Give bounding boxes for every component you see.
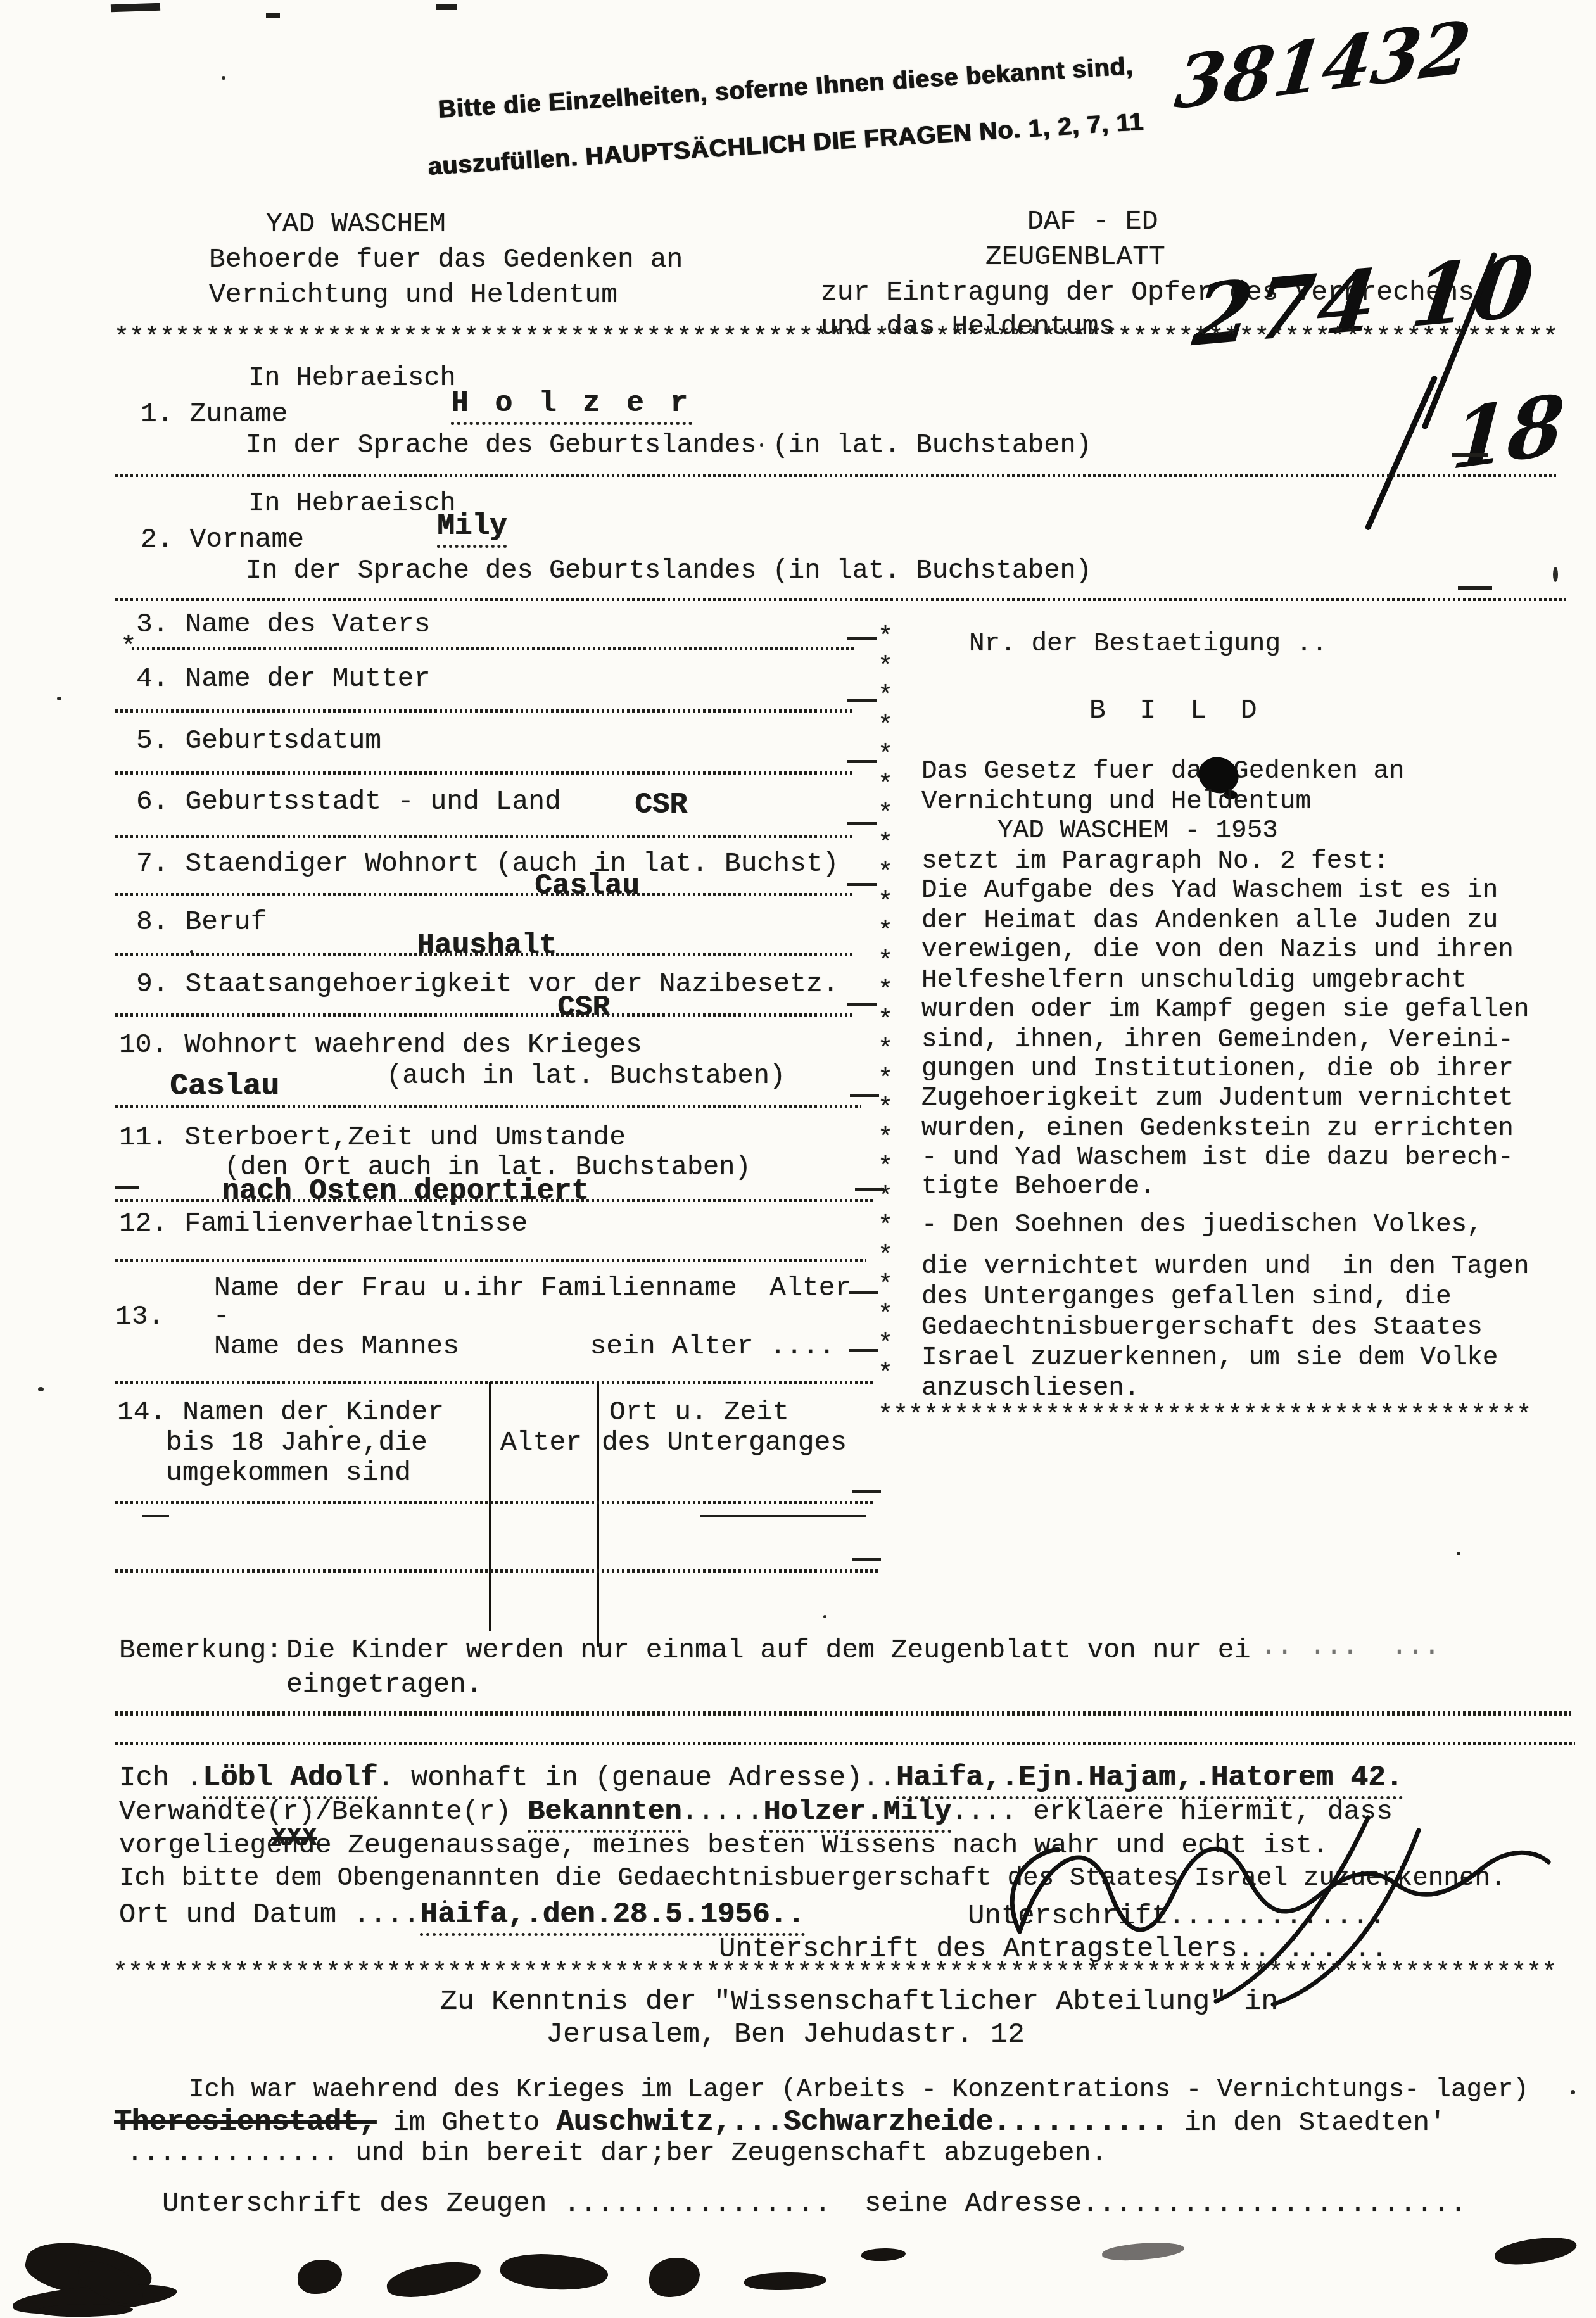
law-text-line: Das Gesetz fuer das Gedenken an <box>921 757 1405 786</box>
scan-noise <box>329 1425 333 1428</box>
field-8-label: 8. Beruf <box>136 907 267 937</box>
field-4-label: 4. Name der Mutter <box>136 664 430 693</box>
line-end-dash <box>852 1490 881 1493</box>
field-1-line <box>115 474 1556 477</box>
scan-noise <box>649 2258 700 2297</box>
scan-noise <box>760 443 763 446</box>
line-end-dash <box>850 1094 879 1097</box>
law-text-line: Gedaechtnisbuergerschaft des Staates <box>921 1314 1483 1342</box>
scan-noise <box>38 1387 44 1391</box>
camps-line-1: Ich war waehrend des Krieges im Lager (A… <box>189 2076 1529 2105</box>
field-1-label: 1. Zuname <box>141 399 288 429</box>
place-and-date: Haifa,.den.28.5.1956.. <box>420 1898 804 1936</box>
scan-noise <box>1553 567 1558 582</box>
table-header-place-2: des Unterganges <box>602 1428 847 1457</box>
line-end-dash <box>847 637 877 640</box>
line-end-dash <box>1452 453 1488 457</box>
scan-noise <box>823 1615 826 1618</box>
camps-text: im Ghetto <box>376 2107 556 2138</box>
field-13-wife-label: Name der Frau u.ihr Familienname Alter <box>214 1273 851 1303</box>
field-7-value: Caslau <box>535 870 640 902</box>
law-text-line: setzt im Paragraph No. 2 fest: <box>921 847 1389 876</box>
field-1-value: H o l z e r <box>451 388 692 425</box>
scan-noise <box>1571 2090 1575 2094</box>
field-8-value: Haushalt <box>417 930 557 962</box>
scan-noise <box>1045 222 1049 225</box>
remark-line2: eingetragen. <box>286 1669 483 1699</box>
law-text-line: tigte Behoerde. <box>921 1173 1155 1201</box>
field-7-line <box>115 893 855 896</box>
scan-noise <box>384 2258 483 2301</box>
scan-noise <box>57 697 61 700</box>
scan-noise <box>744 2272 826 2290</box>
scan-noise <box>1101 2241 1184 2262</box>
table-empty-mark <box>142 1515 169 1517</box>
table-header-children-2: bis 18 Jahre,die <box>166 1428 427 1457</box>
org-line3: Vernichtung und Heldentum <box>209 280 617 310</box>
remark-trail-dots: .. ... ... <box>1260 1631 1440 1661</box>
declaration-text: Verwandte(r)/Bekannte(r) <box>119 1796 528 1827</box>
law-text-line: wurden oder im Kampf gegen sie gefallen <box>921 996 1529 1024</box>
law-text-line: anzuschliesen. <box>921 1374 1139 1403</box>
law-text-line: Die Aufgabe des Yad Waschem ist es in <box>921 877 1498 905</box>
law-text-line: - Den Soehnen des juedischen Volkes, <box>921 1211 1483 1239</box>
field-13-husband-label: Name des Mannes sein Alter .... <box>214 1331 835 1361</box>
remark-line1: Die Kinder werden nur einmal auf dem Zeu… <box>286 1635 1250 1665</box>
scan-noise <box>111 3 160 13</box>
org-name: YAD WASCHEM <box>266 209 446 239</box>
field-2-sublabel: In der Sprache des Geburtslandes (in lat… <box>246 556 1092 585</box>
law-text-line: der Heimat das Andenken alle Juden zu <box>921 907 1498 935</box>
scan-noise <box>443 1900 446 1903</box>
table-column-divider-1 <box>489 1382 491 1631</box>
field-9-value: CSR <box>557 992 610 1024</box>
field-13-number: 13. - <box>115 1301 230 1331</box>
camp-name-theresienstadt: Theresienstadt, <box>114 2106 376 2139</box>
line-end-dash <box>849 1349 878 1352</box>
witness-signature-line: Unterschrift des Zeugen ................… <box>162 2189 1467 2219</box>
law-text-line: Helfeshelfern unschuldig umgebracht <box>921 966 1467 995</box>
law-text-line: Vernichtung und Heldentum <box>921 788 1311 816</box>
line-end-dash <box>1458 586 1492 590</box>
remark-label: Bemerkung: <box>119 1635 282 1665</box>
scan-noise <box>1493 2234 1578 2267</box>
line-end-dash <box>847 883 877 886</box>
law-text-line: die vernichtet wurden und in den Tagen <box>921 1253 1529 1281</box>
handwritten-file-number: 381432 <box>1171 5 1476 126</box>
victim-name: Holzer.Mily <box>763 1795 951 1833</box>
law-text-line: Zugehoerigkeit zum Judentum vernichtet <box>921 1084 1514 1113</box>
field-10-line <box>115 1105 861 1108</box>
asterisk-column: * * * * * * * * * * * * * * * * * * * * … <box>878 624 893 1390</box>
department-line-1: Zu Kenntnis der "Wissenschaftlicher Abte… <box>440 1986 1278 2018</box>
field-12-line <box>115 1259 866 1262</box>
field-9-line <box>115 1013 855 1016</box>
field-7-label: 7. Staendiger Wohnort (auch in lat. Buch… <box>136 849 839 878</box>
line-end-dash <box>847 699 877 702</box>
camps-line-3: ............. und bin bereit dar;ber Zeu… <box>127 2138 1107 2168</box>
scan-noise <box>499 2249 610 2295</box>
form-title: ZEUGENBLATT <box>985 242 1165 272</box>
law-text-line: - und Yad Waschem ist die dazu berech- <box>921 1144 1514 1172</box>
scan-noise <box>1457 1552 1460 1555</box>
field-1-sublabel: In der Sprache des Geburtslandes (in lat… <box>246 431 1092 460</box>
line-end-dash <box>849 1291 878 1294</box>
law-text-line: Israel zuzuerkennen, um sie dem Volke <box>921 1344 1498 1372</box>
field-2-label: 2. Vorname <box>141 524 304 554</box>
scan-noise <box>266 13 280 18</box>
declaration-text: ..... <box>681 1796 763 1827</box>
field-1-hebrew-label: In Hebraeisch <box>248 364 456 393</box>
handwritten-slash <box>1364 375 1438 531</box>
field-5-line <box>115 771 855 775</box>
table-header-children-1: 14. Namen der Kinder <box>117 1397 444 1427</box>
field-8-line <box>115 953 855 956</box>
field-13-line <box>115 1381 874 1384</box>
field-3-line <box>132 647 854 650</box>
field-6-line <box>115 835 855 838</box>
photo-placeholder-label: B I L D <box>1089 695 1266 725</box>
table-column-divider-2 <box>597 1382 599 1647</box>
law-text-line: sind, ihnen, ihren Gemeinden, Vereini- <box>921 1026 1514 1054</box>
org-line2: Behoerde fuer das Gedenken an <box>209 244 683 274</box>
section-divider-line <box>115 1711 1571 1716</box>
department-line-2: Jerusalem, Ben Jehudastr. 12 <box>546 2019 1025 2051</box>
law-text-line: wurden, einen Gedenkstein zu errichten <box>921 1115 1514 1143</box>
camp-names-auschwitz-schwarzheide: Auschwitz,...Schwarzheide.......... <box>556 2106 1168 2139</box>
line-end-dash <box>847 822 877 825</box>
field-5-label: 5. Geburtsdatum <box>136 726 381 756</box>
field-2-hebrew-label: In Hebraeisch <box>248 489 456 518</box>
scanned-testimony-form-page: 381432 Bitte die Einzelheiten, soferne I… <box>0 0 1596 2318</box>
scan-noise <box>190 950 193 953</box>
field-10-value: Caslau <box>170 1070 279 1104</box>
field-11-value: nach Osten deportiert <box>222 1175 589 1208</box>
line-start-dash <box>115 1186 139 1189</box>
table-row-line-2 <box>115 1569 878 1573</box>
scan-noise <box>38 2304 133 2317</box>
field-2-line <box>115 598 1566 601</box>
stamp-instruction-line2: auszufüllen. HAUPTSÄCHLICH DIE FRAGEN No… <box>427 108 1144 181</box>
line-end-dash <box>852 1558 881 1561</box>
relation-type: Bekannten <box>528 1795 681 1833</box>
scan-noise <box>222 76 225 80</box>
asterisk-rule-top: ****************************************… <box>114 324 1558 353</box>
stamp-instruction-line1: Bitte die Einzelheiten, soferne Ihnen di… <box>437 53 1134 124</box>
scan-noise <box>298 2260 342 2294</box>
asterisk-rule-bottom: ****************************************… <box>113 1960 1557 1988</box>
table-header-age: Alter <box>500 1428 582 1457</box>
table-header-children-3: umgekommen sind <box>166 1458 411 1488</box>
field-3-label: 3. Name des Vaters <box>136 609 430 639</box>
table-row-line-1 <box>115 1501 874 1504</box>
declaration-text: . wonhaft in (genaue Adresse).. <box>377 1763 896 1794</box>
field-6-label: 6. Geburtsstadt - und Land <box>136 787 561 816</box>
law-text-line: verewigen, die von den Nazis und ihren <box>921 936 1514 965</box>
field-12-label: 12. Familienverhaeltnisse <box>119 1208 528 1238</box>
field-10-sublabel: (auch in lat. Buchstaben) <box>386 1061 785 1091</box>
declaration-text: Ort und Datum .... <box>119 1899 420 1931</box>
camps-text: in den Staedten' <box>1168 2107 1446 2138</box>
scan-noise <box>861 2248 906 2261</box>
table-empty-mark <box>700 1515 866 1517</box>
witness-name: Löbl Adolf <box>203 1761 377 1799</box>
asterisk-rule-right: ****************************************… <box>878 1402 1531 1431</box>
field-9-label: 9. Staatsangehoerigkeit vor der Nazibese… <box>136 969 839 999</box>
law-text-line: des Unterganges gefallen sind, die <box>921 1283 1452 1312</box>
table-header-place-1: Ort u. Zeit <box>609 1397 789 1427</box>
declaration-line-5: Ort und Datum ....Haifa,.den.28.5.1956.. <box>119 1899 805 1931</box>
confirmation-number-label: Nr. der Bestaetigung .. <box>969 630 1327 659</box>
handwritten-ref-number-2: 18 <box>1449 376 1567 489</box>
field-11-label: 11. Sterboert,Zeit und Umstande <box>119 1122 626 1152</box>
field-11-line <box>115 1199 874 1202</box>
scan-noise <box>436 4 457 10</box>
field-4-line <box>115 709 855 712</box>
declaration-text: Ich . <box>119 1763 203 1794</box>
line-end-dash <box>847 760 877 763</box>
law-text-line: gungen und Institutionen, die ob ihrer <box>921 1055 1514 1084</box>
section-divider-line <box>115 1742 1575 1745</box>
field-2-value: Mily <box>437 510 507 548</box>
camps-line-2: Theresienstadt, im Ghetto Auschwitz,...S… <box>114 2106 1446 2139</box>
field-10-label: 10. Wohnort waehrend des Krieges <box>119 1030 642 1060</box>
law-text-line: YAD WASCHEM - 1953 <box>997 817 1278 845</box>
field-6-value: CSR <box>635 789 687 821</box>
line-end-dash <box>847 1003 877 1006</box>
